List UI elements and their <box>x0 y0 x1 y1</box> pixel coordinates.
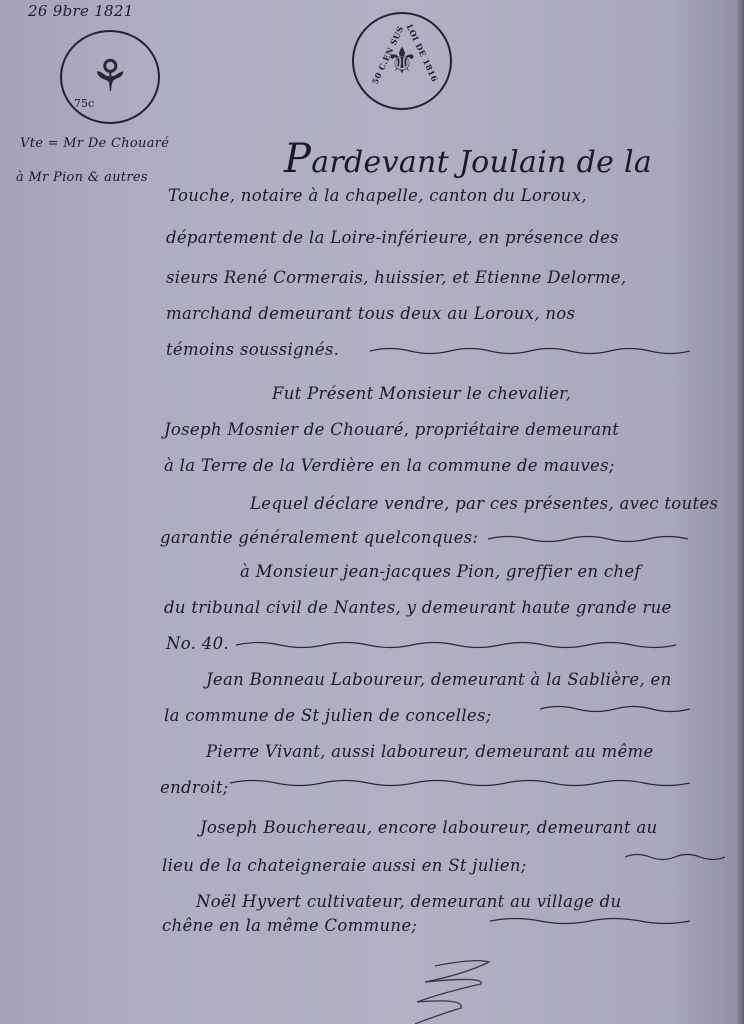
text-line: à la Terre de la Verdière en la commune … <box>164 456 615 475</box>
text-line: chêne en la même Commune; <box>162 916 417 935</box>
text-line: Noël Hyvert cultivateur, demeurant au vi… <box>196 892 621 911</box>
text-line: endroit; <box>160 778 229 797</box>
text-line: Touche, notaire à la chapelle, canton du… <box>168 186 587 205</box>
line-filler-flourish <box>236 640 676 650</box>
text-line: à Monsieur jean-jacques Pion, greffier e… <box>240 562 641 581</box>
allegorical-figure-icon: ⚘ <box>90 55 129 99</box>
text-line: sieurs René Cormerais, huissier, et Etie… <box>166 268 626 287</box>
text-line: garantie généralement quelconques: <box>160 528 478 547</box>
text-line: Fut Présent Monsieur le chevalier, <box>272 384 571 403</box>
margin-note-1: Vte = Mr De Chouaré <box>20 136 169 151</box>
text-line: marchand demeurant tous deux au Loroux, … <box>166 304 575 323</box>
text-line: la commune de St julien de concelles; <box>164 706 492 725</box>
text-line: Pierre Vivant, aussi laboureur, demeuran… <box>206 742 654 761</box>
text-line: No. 40. <box>166 634 229 653</box>
text-line: lieu de la chateigneraie aussi en St jul… <box>162 856 527 875</box>
text-line: témoins soussignés. <box>166 340 339 359</box>
line-filler-flourish <box>490 916 690 926</box>
text-line: département de la Loire-inférieure, en p… <box>166 228 619 247</box>
text-line: du tribunal civil de Nantes, y demeurant… <box>164 598 672 617</box>
text-line: Joseph Mosnier de Chouaré, propriétaire … <box>164 420 619 439</box>
tax-stamp-right: 50 C.EN SUS ⚜ LOI DE 1816 <box>352 12 452 110</box>
line-filler-flourish <box>488 534 688 544</box>
heading-text: ardevant Joulain de la <box>311 145 652 180</box>
page-edge-shadow <box>736 0 744 1024</box>
tax-stamp-left: ⚘ 75c <box>60 30 160 124</box>
line-filler-flourish <box>540 704 690 714</box>
document-page: 26 9bre 1821 ⚘ 75c 50 C.EN SUS ⚜ LOI DE … <box>0 0 744 1024</box>
margin-note-2: à Mr Pion & autres <box>16 170 148 185</box>
line-filler-flourish <box>625 852 725 862</box>
document-heading: Pardevant Joulain de la <box>284 136 652 182</box>
stamp-value: 75c <box>74 97 94 110</box>
line-filler-flourish <box>370 346 690 356</box>
line-filler-flourish <box>230 778 690 788</box>
text-line: Lequel déclare vendre, par ces présentes… <box>250 494 718 513</box>
text-line: Jean Bonneau Laboureur, demeurant à la S… <box>206 670 672 689</box>
heading-initial: P <box>284 136 311 182</box>
document-date: 26 9bre 1821 <box>28 2 134 20</box>
text-line: Joseph Bouchereau, encore laboureur, dem… <box>200 818 657 837</box>
closing-paraph-flourish <box>405 958 495 1024</box>
